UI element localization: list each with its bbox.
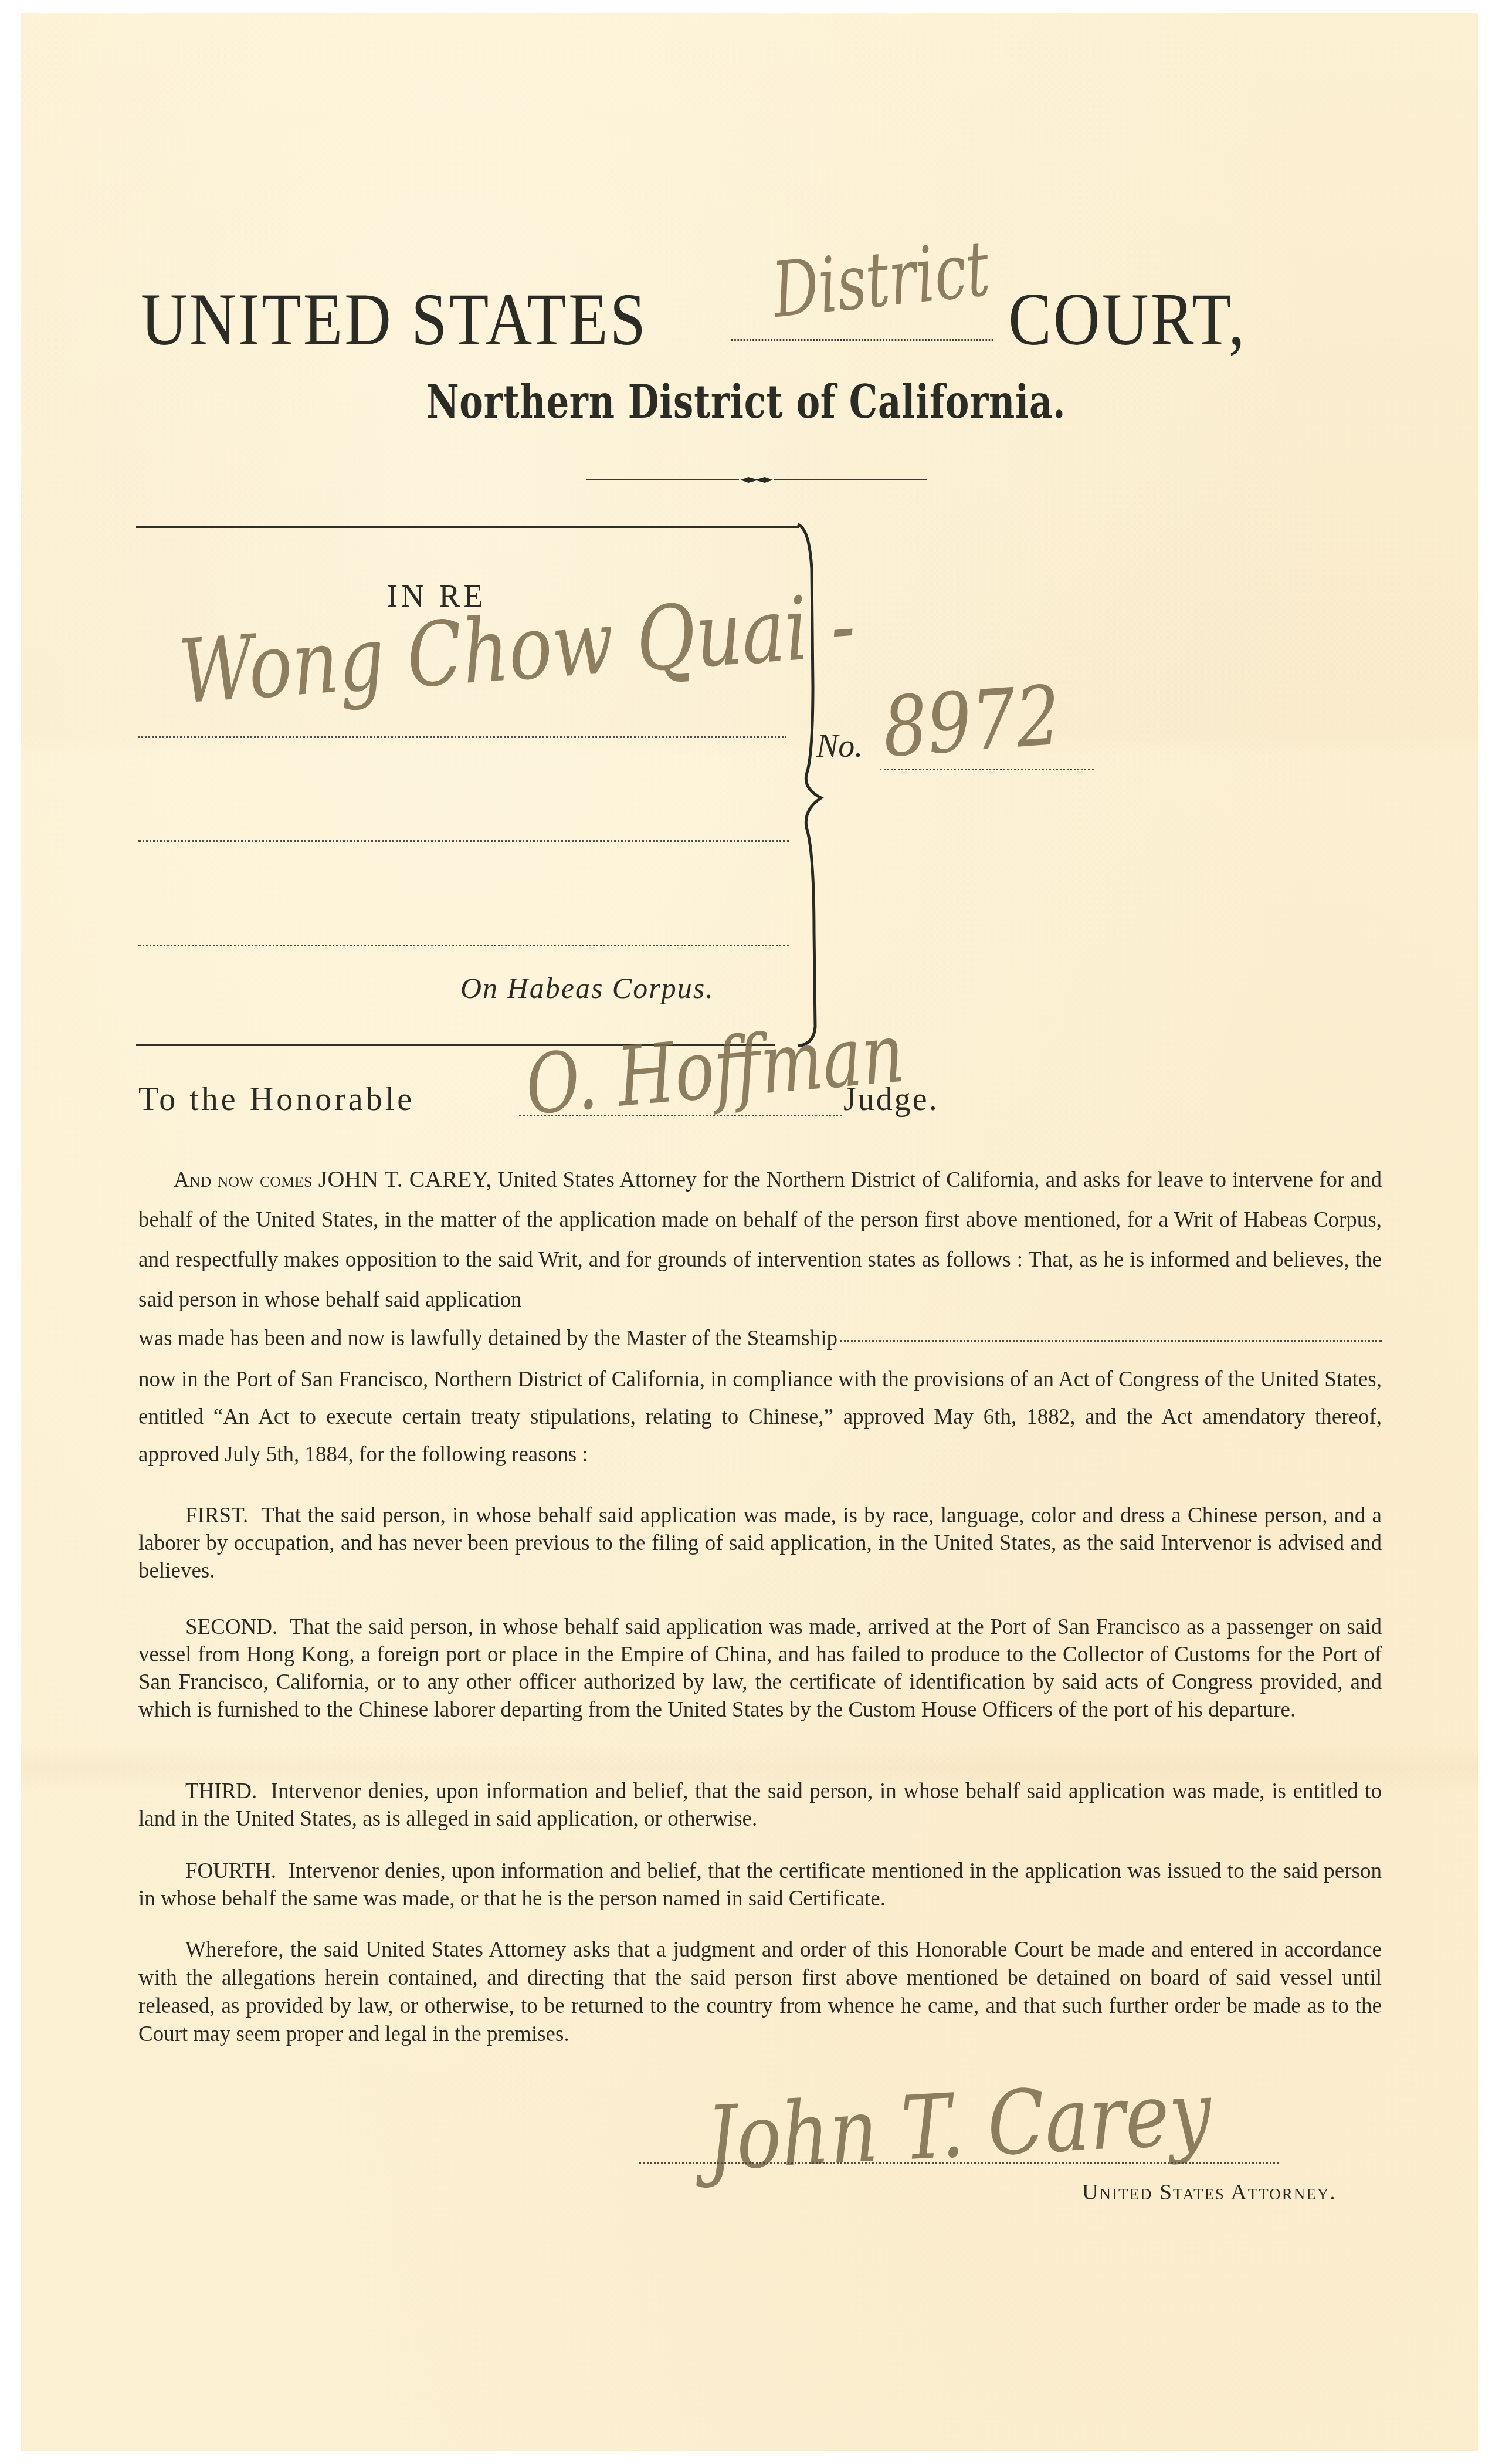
title-court-blank-line xyxy=(731,339,993,341)
ornament-diamond-icon xyxy=(740,477,773,483)
signature-line xyxy=(639,2162,1279,2164)
steamship-name-blank xyxy=(840,1340,1382,1342)
attorney-name: JOHN T. CAREY, xyxy=(318,1166,491,1192)
habeas-corpus-label: On Habeas Corpus. xyxy=(460,971,714,1005)
reason-label: SECOND. xyxy=(185,1615,277,1639)
handwritten-case-number: 8972 xyxy=(880,668,1063,776)
wherefore-paragraph: Wherefore, the said United States Attorn… xyxy=(138,1936,1382,2049)
title-court: COURT, xyxy=(1008,282,1246,357)
reason-label: FIRST. xyxy=(185,1504,248,1528)
reason-text: Intervenor denies, upon information and … xyxy=(138,1859,1382,1911)
reason-text: That the said person, in whose behalf sa… xyxy=(138,1504,1382,1583)
reason-text: That the said person, in whose behalf sa… xyxy=(138,1615,1382,1722)
case-box-top-rule xyxy=(136,526,799,528)
reason-first: FIRST. That the said person, in whose be… xyxy=(138,1502,1382,1585)
court-title: UNITED STATES COURT, xyxy=(141,282,1225,364)
act-paragraph: now in the Port of San Francisco, Northe… xyxy=(138,1361,1382,1474)
title-united-states: UNITED STATES xyxy=(141,282,648,357)
petitioner-line-1 xyxy=(138,736,786,738)
reason-text: Intervenor denies, upon information and … xyxy=(138,1779,1382,1831)
steamship-text: was made has been and now is lawfully de… xyxy=(138,1319,837,1359)
reason-label: THIRD. xyxy=(185,1779,257,1803)
reason-label: FOURTH. xyxy=(185,1859,276,1883)
ornamental-rule xyxy=(586,476,927,483)
to-the-honorable-label: To the Honorable xyxy=(138,1081,415,1118)
judge-label: Judge. xyxy=(843,1081,939,1118)
opening-paragraph: And now comes JOHN T. CAREY, United Stat… xyxy=(138,1159,1382,1320)
reason-second: SECOND. That the said person, in whose b… xyxy=(138,1613,1382,1724)
opening-lead: And now comes xyxy=(174,1168,313,1192)
steamship-line: was made has been and now is lawfully de… xyxy=(138,1319,1382,1359)
case-number-line xyxy=(880,769,1094,770)
petitioner-line-2 xyxy=(138,840,789,842)
reason-fourth: FOURTH. Intervenor denies, upon informat… xyxy=(138,1857,1382,1913)
district-subtitle: Northern District of California. xyxy=(164,375,1328,429)
case-number-label: No. xyxy=(816,727,863,765)
petitioner-line-3 xyxy=(138,945,789,946)
reason-third: THIRD. Intervenor denies, upon informati… xyxy=(138,1778,1382,1833)
attorney-title: United States Attorney. xyxy=(1082,2179,1337,2205)
